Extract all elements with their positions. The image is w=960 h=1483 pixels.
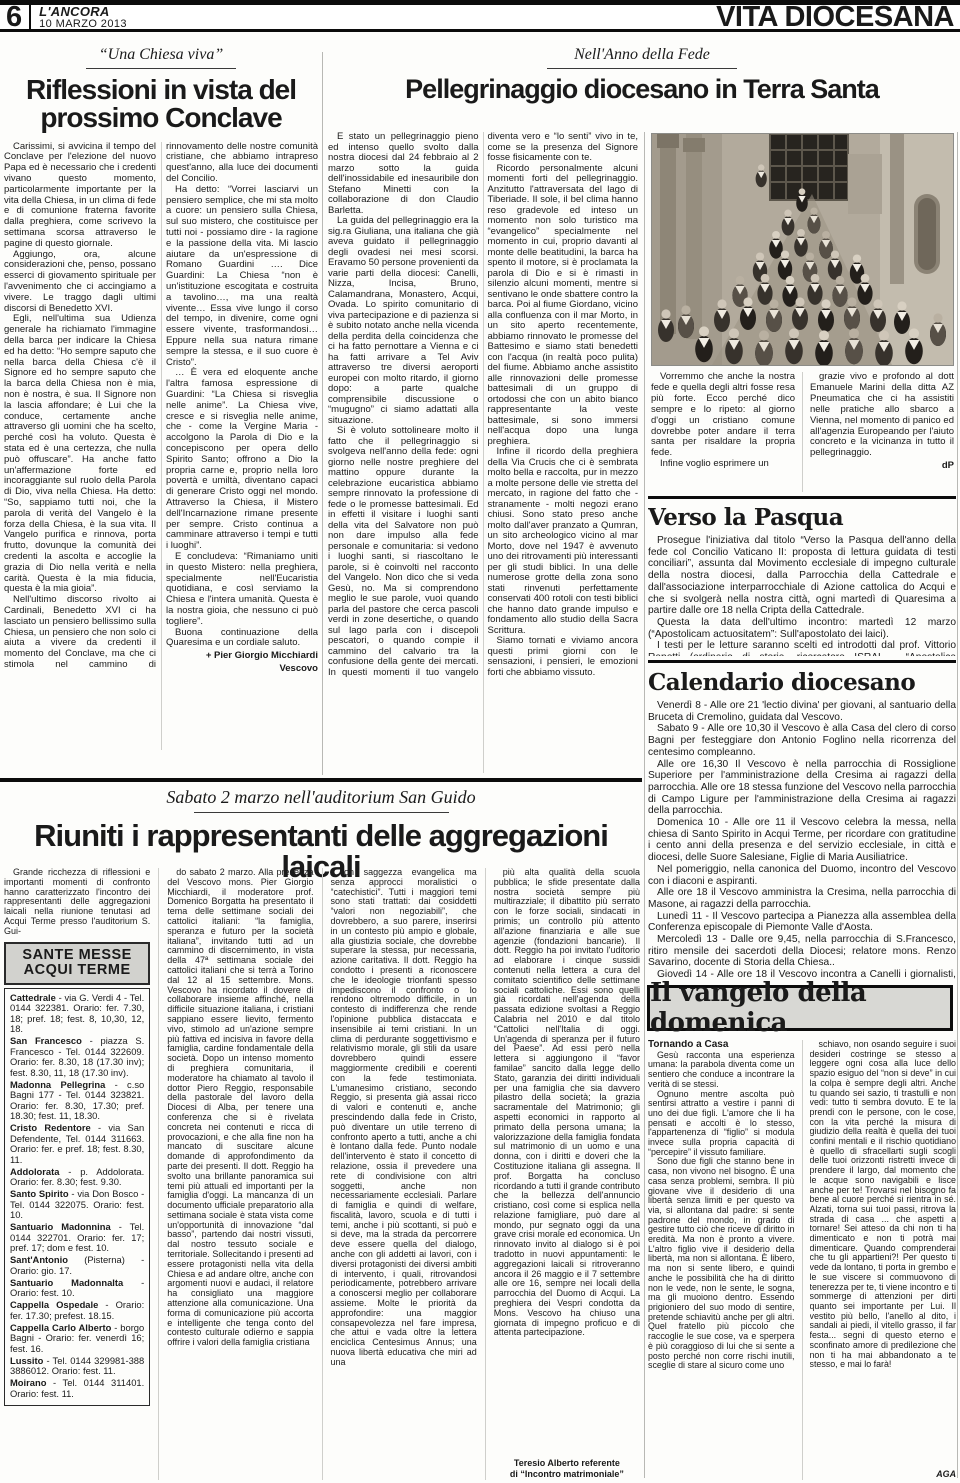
kicker-underline (86, 68, 236, 69)
pellegrinaggio-signature: dP (810, 461, 954, 472)
article-conclave: “Una Chiesa viva” Riflessioni in vista d… (4, 46, 318, 750)
masthead-divider (29, 5, 31, 29)
riuniti-col3-paragraphs: con saggezza evangelica ma senza approcc… (331, 868, 477, 1368)
riuniti-columns: Grande ricchezza di riflessioni e import… (4, 868, 640, 1480)
riuniti-intro: Grande ricchezza di riflessioni e import… (4, 868, 150, 937)
vangelo-signature: AGA (810, 1470, 957, 1480)
pilgrimage-group-photo (651, 133, 954, 366)
riuniti-col2-flow: do sabato 2 marzo. Alla presenza del Ves… (167, 868, 313, 1480)
verso-body: Prosegue l'iniziativa dal titolo “Verso … (648, 535, 956, 656)
newspaper-block: L'ANCORA 10 MARZO 2013 (39, 5, 127, 30)
conclave-kicker: “Una Chiesa viva” (4, 46, 318, 64)
section-rule (648, 496, 956, 499)
conclave-paragraphs: Carissimi, si avvicina il tempo del Conc… (4, 142, 318, 675)
pellegrinaggio-headline: Pellegrinaggio diocesano in Terra Santa (328, 76, 956, 104)
conclave-body: Carissimi, si avvicina il tempo del Conc… (4, 142, 318, 750)
article-pellegrinaggio-header: Nell'Anno della Fede Pellegrinaggio dioc… (328, 46, 956, 103)
vangelo-columns: Tornando a Casa Gesù racconta una esperi… (648, 1040, 956, 1480)
masthead: 6 L'ANCORA 10 MARZO 2013 VITA DIOCESANA (0, 0, 960, 32)
sante-messe-title: SANTE MESSE ACQUI TERME (4, 942, 150, 985)
riuniti-col-3: con saggezza evangelica ma senza approcc… (322, 868, 477, 1480)
vangelo-col1-paragraphs: Gesù racconta una esperienza umana: la p… (648, 1051, 795, 1371)
newspaper-name: L'ANCORA (39, 5, 127, 18)
riuniti-col-1: Grande ricchezza di riflessioni e import… (4, 868, 150, 1480)
sante-messe-list: Cattedrale - via G. Verdi 4 - Tel. 0144 … (4, 988, 150, 1406)
issue-date: 10 MARZO 2013 (39, 18, 127, 30)
vangelo-col2-paragraphs: schiavo, non osando seguire i suoi desid… (810, 1040, 957, 1370)
section-rule (648, 660, 956, 663)
section-verso-la-pasqua: Verso la Pasqua Prosegue l'iniziativa da… (648, 504, 956, 656)
riuniti-col4-flow: più alta qualità della scuola pubblica; … (494, 868, 640, 1456)
closing-col-b: grazie vivo e profondo al dott Emanuele … (802, 372, 954, 492)
calendario-body: Venerdì 8 - Alle ore 21 'lectio divina' … (648, 700, 956, 981)
pilgrimage-photo-illustration (652, 134, 953, 365)
closing-col-b-paragraphs: grazie vivo e profondo al dott Emanuele … (810, 372, 954, 459)
pellegrinaggio-paragraphs: È stato un pellegrinaggio pieno ed inten… (328, 132, 638, 678)
riuniti-col1-paragraphs: Grande ricchezza di riflessioni e import… (4, 868, 150, 937)
vangelo-box-title: Il vangelo della domenica (650, 978, 950, 1038)
vangelo-col-1: Tornando a Casa Gesù racconta una esperi… (648, 1040, 795, 1480)
calendario-paragraphs: Venerdì 8 - Alle ore 21 'lectio divina' … (648, 700, 956, 981)
kicker-underline (194, 812, 449, 813)
verso-title: Verso la Pasqua (648, 504, 956, 531)
section-calendario-diocesano: Calendario diocesano Venerdì 8 - Alle or… (648, 669, 956, 981)
conclave-headline: Riflessioni in vista del prossimo Concla… (4, 76, 318, 133)
vangelo-col1-flow: Gesù racconta una esperienza umana: la p… (648, 1051, 795, 1480)
banner-rule (0, 778, 642, 782)
vangelo-title-box: Il vangelo della domenica (647, 985, 953, 1031)
riuniti-signature: Teresio Alberto referente di “Incontro m… (494, 1456, 640, 1480)
riuniti-col4-paragraphs: più alta qualità della scuola pubblica; … (494, 868, 640, 1338)
column-divider-left (322, 52, 323, 775)
sante-messe-box: SANTE MESSE ACQUI TERME Cattedrale - via… (4, 942, 150, 1406)
closing-col-a: Vorremmo che anche la nostra fede e quel… (651, 372, 795, 492)
riuniti-col3-flow: con saggezza evangelica ma senza approcc… (331, 868, 477, 1480)
closing-col-a-paragraphs: Vorremmo che anche la nostra fede e quel… (651, 372, 795, 470)
conclave-signature-role: Vescovo (166, 664, 318, 675)
sante-messe-entries: Cattedrale - via G. Verdi 4 - Tel. 0144 … (10, 993, 144, 1400)
conclave-signature-name: + Pier Giorgio Micchiardi (166, 651, 318, 662)
pellegrinaggio-body: È stato un pellegrinaggio pieno ed inten… (328, 132, 638, 773)
riuniti-col-4: più alta qualità della scuola pubblica; … (485, 868, 640, 1480)
section-title: VITA DIOCESANA (716, 3, 954, 32)
riuniti-kicker: Sabato 2 marzo nell'auditorium San Guido (0, 788, 642, 808)
page-number: 6 (6, 3, 21, 32)
sante-messe-title-line1: SANTE MESSE (6, 948, 148, 964)
riuniti-col-2: do sabato 2 marzo. Alla presenza del Ves… (158, 868, 313, 1480)
vangelo-col-2: schiavo, non osando seguire i suoi desid… (802, 1040, 957, 1480)
pellegrinaggio-kicker: Nell'Anno della Fede (328, 46, 956, 64)
verso-paragraphs: Prosegue l'iniziativa dal titolo “Verso … (648, 535, 956, 656)
kicker-underline (547, 68, 737, 69)
column-divider-right (644, 132, 645, 1478)
riuniti-signature-line1: Teresio Alberto referente (494, 1458, 640, 1469)
sante-messe-title-line2: ACQUI TERME (6, 963, 148, 979)
riuniti-signature-line2: di “Incontro matrimoniale” (494, 1469, 640, 1480)
riuniti-col2-paragraphs: do sabato 2 marzo. Alla presenza del Ves… (167, 868, 313, 1348)
page-edge-rule (957, 132, 958, 1478)
vangelo-col2-flow: schiavo, non osando seguire i suoi desid… (810, 1040, 957, 1470)
pellegrinaggio-closing-columns: Vorremmo che anche la nostra fede e quel… (651, 372, 954, 492)
calendario-title: Calendario diocesano (648, 669, 956, 696)
vangelo-lead: Tornando a Casa (648, 1040, 795, 1050)
